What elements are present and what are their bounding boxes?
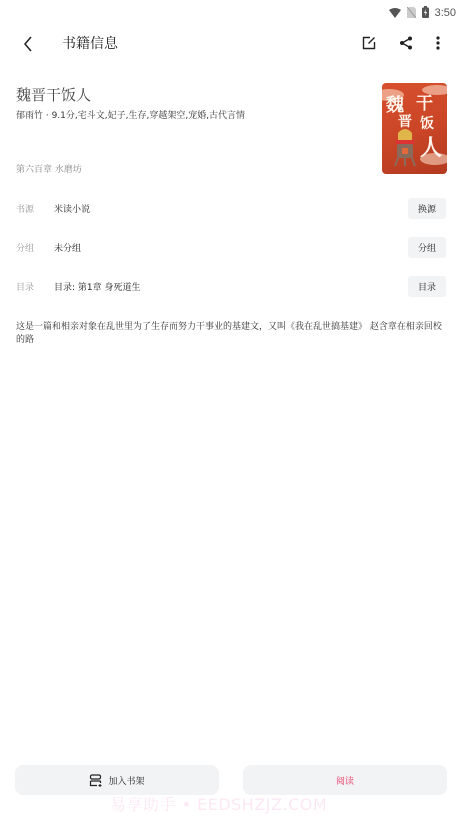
chevron-left-icon — [22, 36, 34, 52]
page-title: 书籍信息 — [62, 33, 118, 53]
book-meta: 郁雨竹 · 9.1分,宅斗文,妃子,生存,穿越架空,宠婚,古代言情 — [16, 108, 245, 121]
source-row: 书源 米读小说 换源 — [0, 198, 462, 220]
edit-icon — [362, 36, 376, 50]
more-button[interactable] — [427, 32, 449, 54]
read-button[interactable]: 阅读 — [243, 765, 447, 795]
source-value: 米读小说 — [54, 202, 90, 215]
source-label: 书源 — [16, 202, 34, 215]
more-vert-icon — [436, 36, 440, 50]
toc-button[interactable]: 目录 — [408, 276, 446, 297]
battery-charging-icon — [422, 3, 429, 22]
bottom-bar: 加入书架 阅读 — [0, 765, 462, 795]
book-cover[interactable]: 魏 干 晋 饭 人 — [382, 83, 447, 174]
change-source-button[interactable]: 换源 — [408, 198, 446, 219]
status-bar: 3:50 — [0, 0, 462, 20]
book-intro: 这是一篇和相亲对象在乱世里为了生存而努力干事业的基建文，又叫《我在乱世搞基建》 … — [16, 321, 446, 347]
no-sim-icon — [407, 3, 416, 22]
cauldron-illustration — [392, 127, 418, 167]
cover-char: 干 — [416, 89, 433, 114]
cover-char: 人 — [420, 131, 442, 162]
share-button[interactable] — [395, 32, 417, 54]
add-to-shelf-button[interactable]: 加入书架 — [15, 765, 219, 795]
toc-label: 目录 — [16, 280, 34, 293]
wifi-icon — [389, 3, 401, 22]
share-icon — [399, 36, 413, 50]
read-label: 阅读 — [336, 774, 354, 787]
watermark: 易享助手 • EEDSHZJZ.COM — [110, 792, 327, 815]
edit-button[interactable] — [358, 32, 380, 54]
toc-value: 目录: 第1章 身死道生 — [54, 280, 140, 293]
group-row: 分组 未分组 分组 — [0, 237, 462, 259]
bookshelf-icon — [89, 774, 102, 787]
group-value: 未分组 — [54, 241, 81, 254]
add-to-shelf-label: 加入书架 — [108, 774, 144, 787]
group-button[interactable]: 分组 — [408, 237, 446, 258]
back-button[interactable] — [16, 32, 40, 56]
latest-chapter[interactable]: 第六百章 水磨坊 — [16, 162, 82, 175]
toc-row: 目录 目录: 第1章 身死道生 目录 — [0, 276, 462, 298]
status-time: 3:50 — [435, 7, 456, 19]
cover-char: 饭 — [420, 113, 434, 133]
group-label: 分组 — [16, 241, 34, 254]
toolbar: 书籍信息 — [0, 24, 462, 62]
book-title: 魏晋干饭人 — [16, 84, 91, 105]
